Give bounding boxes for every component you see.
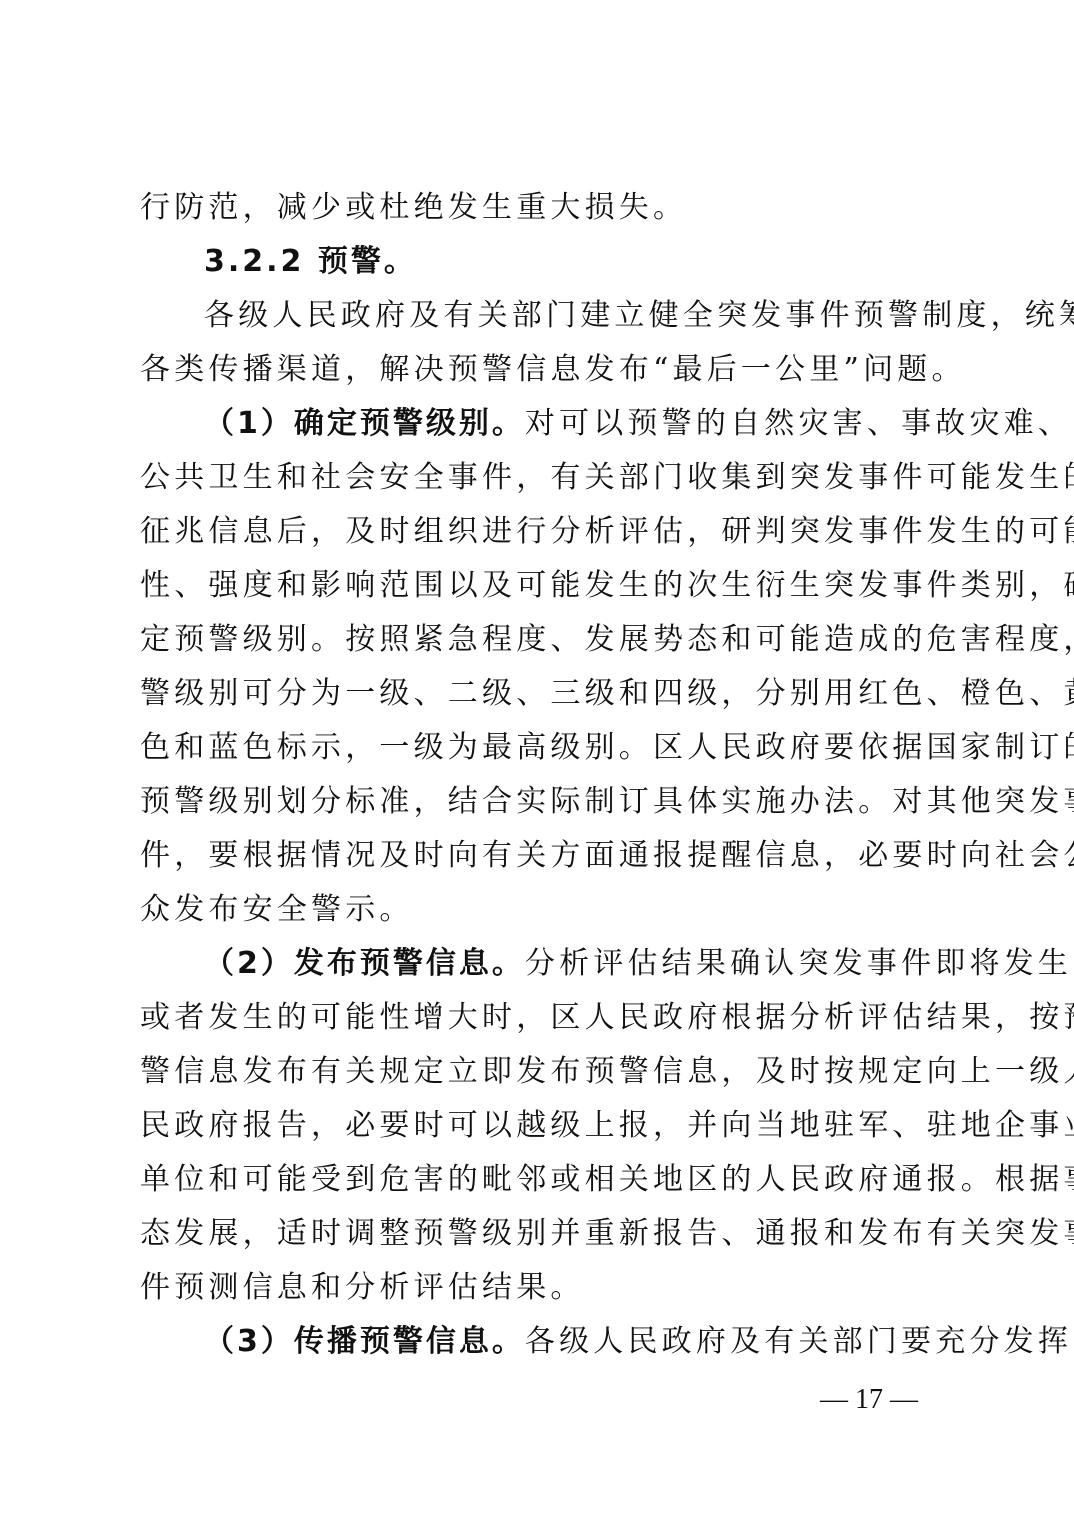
body-text: 定预警级别。按照紧急程度、发展势态和可能造成的危害程度，预 [140,622,1074,657]
text-line: 各级人民政府及有关部门建立健全突发事件预警制度，统筹 [204,298,940,334]
body-text: 征兆信息后，及时组织进行分析评估，研判突发事件发生的可能 [140,514,1074,549]
text-line: 警信息发布有关规定立即发布预警信息，及时按规定向上一级人 [140,1054,940,1090]
body-text: 预警级别划分标准，结合实际制订具体实施办法。对其他突发事 [140,784,1074,819]
body-text: 众发布安全警示。 [140,892,414,927]
heading-text: （2）发布预警信息。 [204,946,525,981]
heading-text: （1）确定预警级别。 [204,406,525,441]
body-text: 各类传播渠道，解决预警信息发布“最后一公里”问题。 [140,352,966,387]
text-line: 民政府报告，必要时可以越级上报，并向当地驻军、驻地企事业 [140,1108,940,1144]
text-line: 各类传播渠道，解决预警信息发布“最后一公里”问题。 [140,352,940,388]
text-line: 公共卫生和社会安全事件，有关部门收集到突发事件可能发生的 [140,460,940,496]
body-text: 对可以预警的自然灾害、事故灾难、 [525,406,1072,441]
body-text: 行防范，减少或杜绝发生重大损失。 [140,190,687,225]
body-text: 警信息发布有关规定立即发布预警信息，及时按规定向上一级人 [140,1054,1074,1089]
heading-text: 3.2.2 预警。 [204,244,417,279]
text-line: 3.2.2 预警。 [204,244,940,280]
text-line: 众发布安全警示。 [140,892,940,928]
text-line: 或者发生的可能性增大时，区人民政府根据分析评估结果，按预 [140,1000,940,1036]
text-line: 件预测信息和分析评估结果。 [140,1270,940,1306]
body-text: 件预测信息和分析评估结果。 [140,1270,585,1305]
text-line: 预警级别划分标准，结合实际制订具体实施办法。对其他突发事 [140,784,940,820]
body-text: 态发展，适时调整预警级别并重新报告、通报和发布有关突发事 [140,1216,1074,1251]
text-line: 单位和可能受到危害的毗邻或相关地区的人民政府通报。根据事 [140,1162,940,1198]
body-text: 性、强度和影响范围以及可能发生的次生衍生突发事件类别，确 [140,568,1074,603]
body-text: 分析评估结果确认突发事件即将发生 [525,946,1072,981]
text-line: （2）发布预警信息。分析评估结果确认突发事件即将发生 [204,946,940,982]
body-text: 民政府报告，必要时可以越级上报，并向当地驻军、驻地企事业 [140,1108,1074,1143]
text-line: （1）确定预警级别。对可以预警的自然灾害、事故灾难、 [204,406,940,442]
body-text: 公共卫生和社会安全事件，有关部门收集到突发事件可能发生的 [140,460,1074,495]
text-line: 行防范，减少或杜绝发生重大损失。 [140,190,940,226]
body-text: 或者发生的可能性增大时，区人民政府根据分析评估结果，按预 [140,1000,1074,1035]
text-line: 征兆信息后，及时组织进行分析评估，研判突发事件发生的可能 [140,514,940,550]
page-number: — 17 — [820,1384,918,1416]
text-line: 态发展，适时调整预警级别并重新报告、通报和发布有关突发事 [140,1216,940,1252]
body-text: 警级别可分为一级、二级、三级和四级，分别用红色、橙色、黄 [140,676,1074,711]
heading-text: （3）传播预警信息。 [204,1324,525,1359]
text-line: （3）传播预警信息。各级人民政府及有关部门要充分发挥 [204,1324,940,1360]
body-text: 各级人民政府及有关部门建立健全突发事件预警制度，统筹 [204,298,1074,333]
body-text: 色和蓝色标示，一级为最高级别。区人民政府要依据国家制订的 [140,730,1074,765]
text-line: 性、强度和影响范围以及可能发生的次生衍生突发事件类别，确 [140,568,940,604]
body-text: 单位和可能受到危害的毗邻或相关地区的人民政府通报。根据事 [140,1162,1074,1197]
text-line: 件，要根据情况及时向有关方面通报提醒信息，必要时向社会公 [140,838,940,874]
text-line: 警级别可分为一级、二级、三级和四级，分别用红色、橙色、黄 [140,676,940,712]
text-line: 定预警级别。按照紧急程度、发展势态和可能造成的危害程度，预 [140,622,940,658]
text-line: 色和蓝色标示，一级为最高级别。区人民政府要依据国家制订的 [140,730,940,766]
body-text: 各级人民政府及有关部门要充分发挥 [525,1324,1072,1359]
body-text: 件，要根据情况及时向有关方面通报提醒信息，必要时向社会公 [140,838,1074,873]
